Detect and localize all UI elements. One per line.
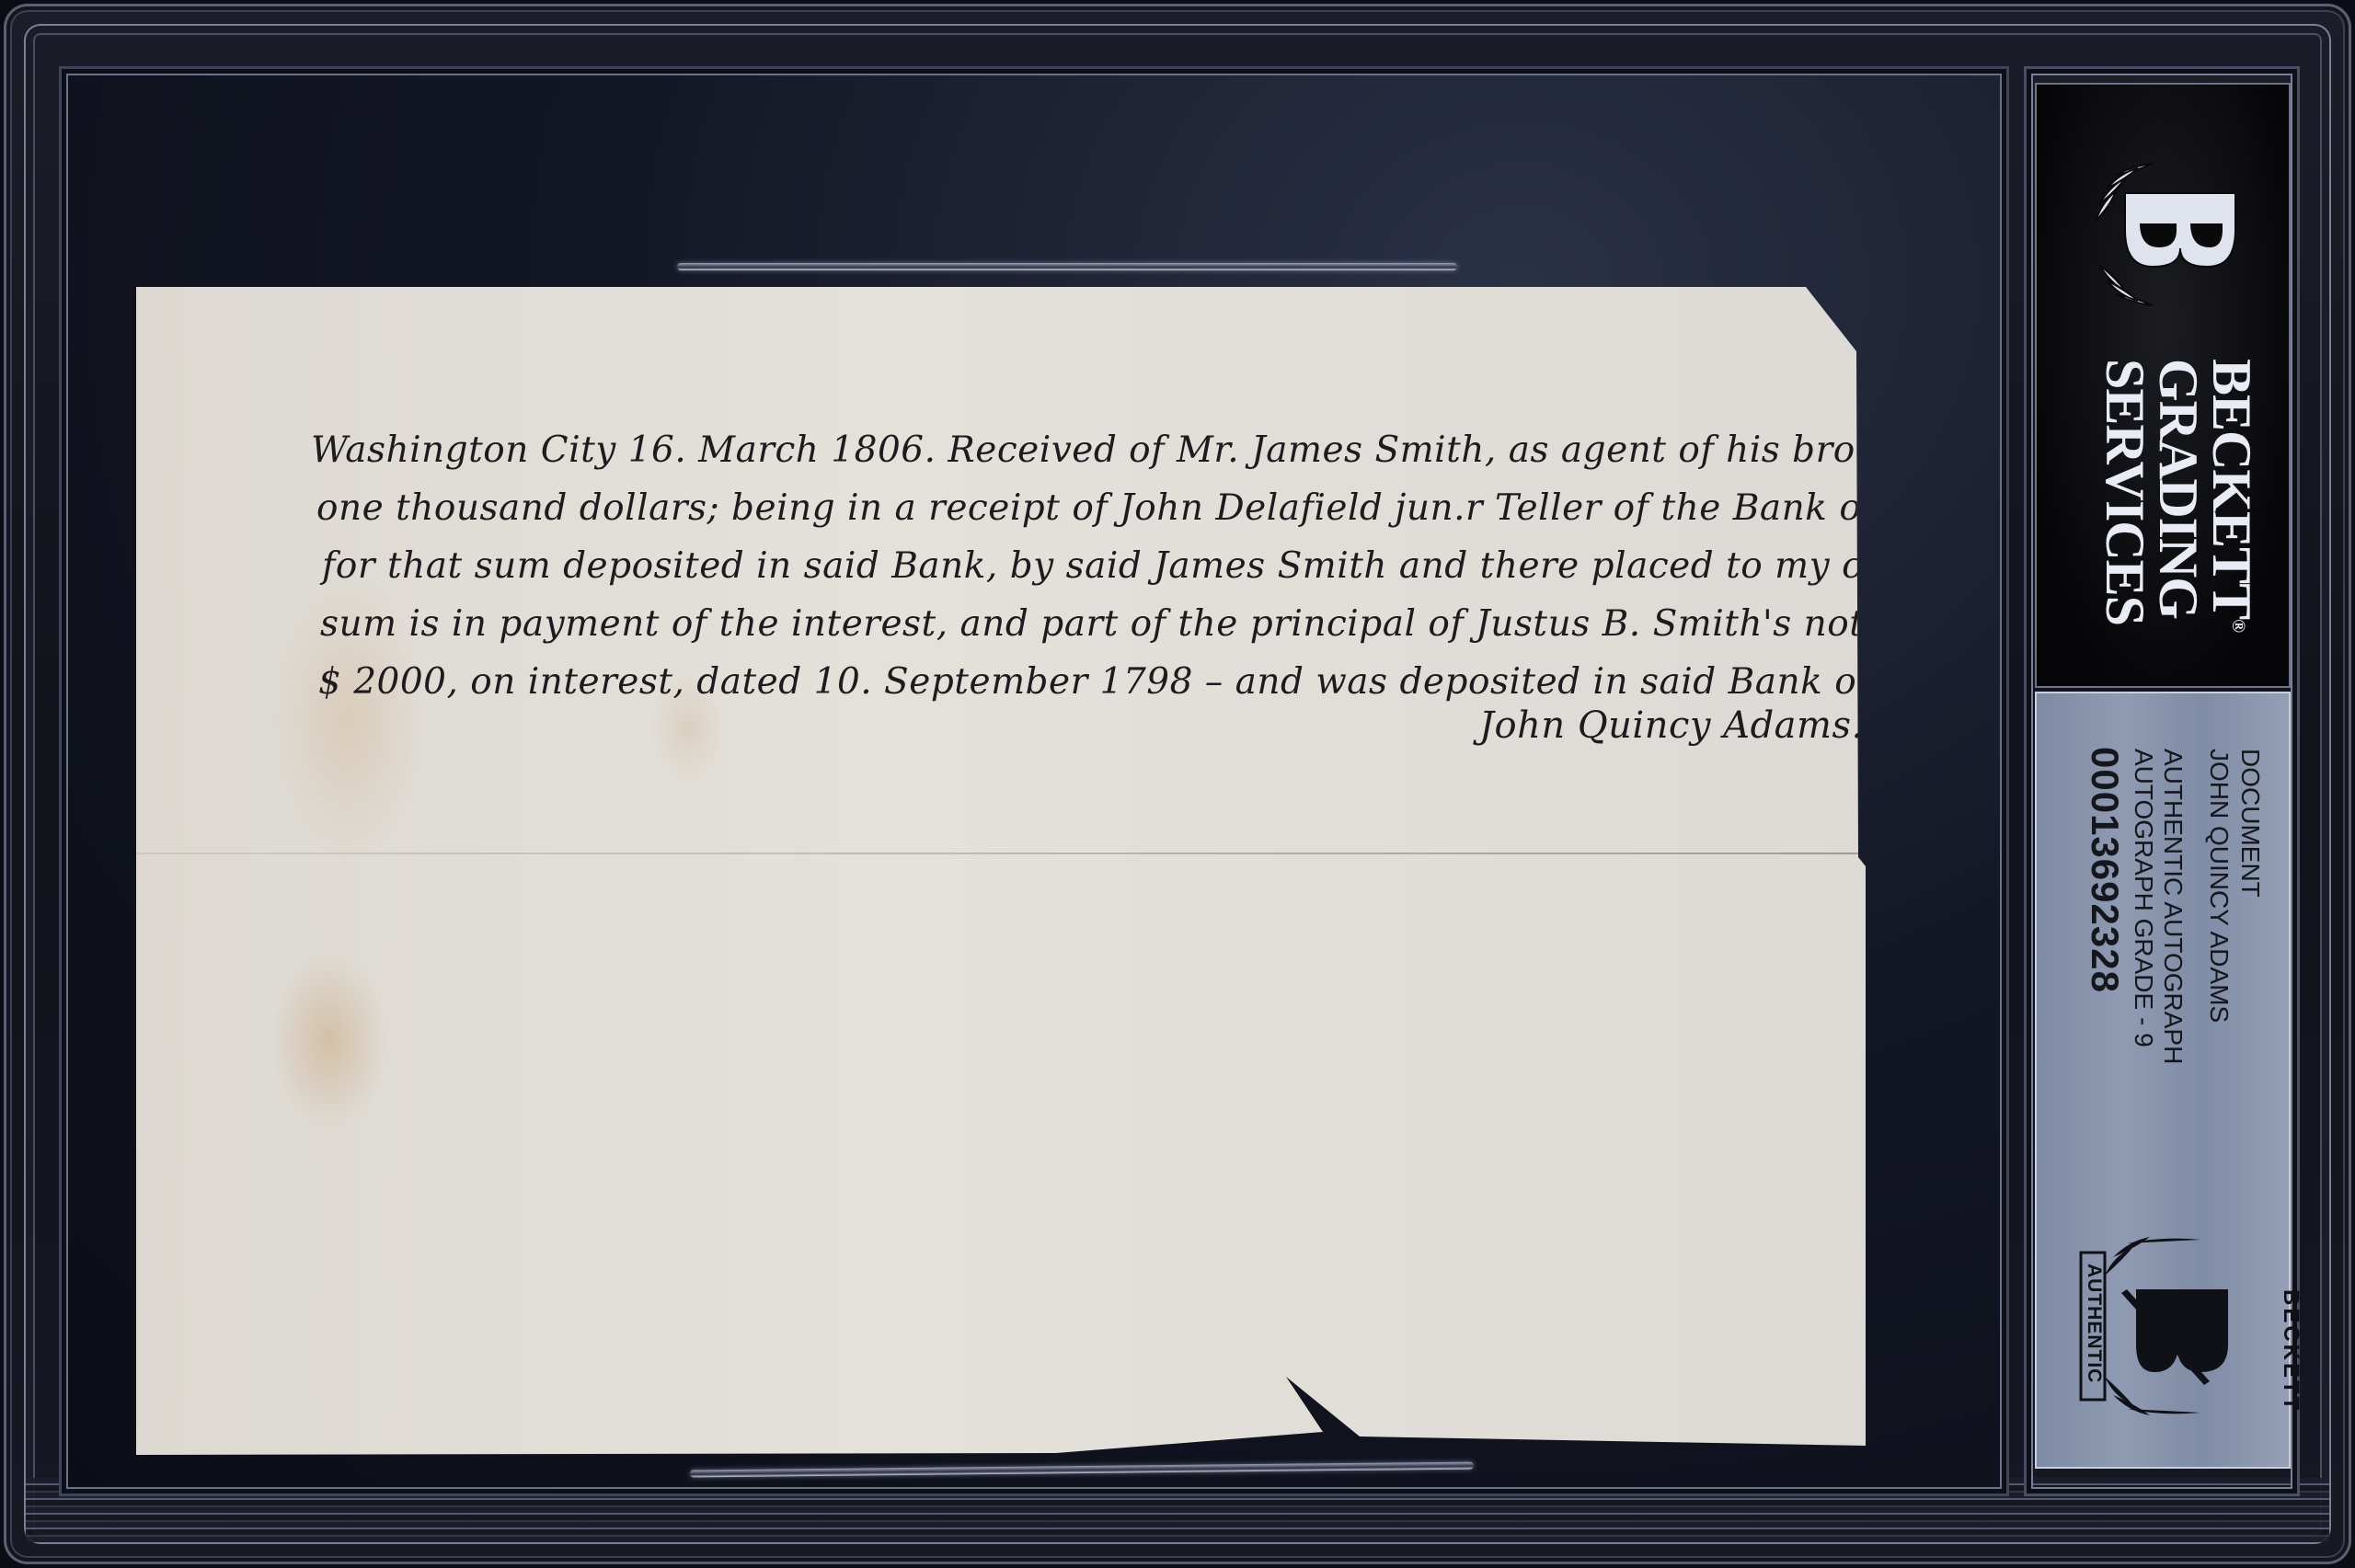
signature: John Quincy Adams. (311, 704, 2059, 762)
beckett-authentic-seal-icon: AUTHENTIC BECKETT (2072, 1225, 2265, 1427)
paper-fold-crease (136, 853, 1866, 854)
receipt-line: for that sum deposited in said Bank, by … (311, 545, 2059, 603)
seal-ring-text: BECKETT (2278, 1289, 2303, 1413)
receipt-line: one thousand dollars; being in a receipt… (311, 487, 2059, 545)
brand-wordmark: BECKETT® GRADING SERVICES (2098, 359, 2265, 632)
receipt-line: Washington City 16. March 1806. Received… (311, 429, 2059, 487)
document-well: Washington City 16. March 1806. Received… (59, 66, 2009, 1496)
label-brand-panel: BECKETT® GRADING SERVICES (2035, 83, 2291, 688)
handwritten-receipt: Washington City 16. March 1806. Received… (311, 429, 2059, 762)
top-retention-slot (677, 263, 1457, 270)
label-info-panel: DOCUMENT JOHN QUINCY ADAMS AUTHENTIC AUT… (2035, 692, 2291, 1469)
beckett-b-logo-icon (2070, 138, 2254, 322)
document-paper: Washington City 16. March 1806. Received… (136, 287, 2022, 1455)
label-subject: JOHN QUINCY ADAMS (2205, 749, 2234, 1023)
bottom-retention-slot (690, 1462, 1474, 1478)
label-item-type: DOCUMENT (2236, 749, 2265, 898)
cert-number: 00013692328 (2083, 747, 2127, 993)
label-grade-line: AUTOGRAPH GRADE - 9 (2130, 749, 2158, 1047)
label-grade-line: AUTHENTIC AUTOGRAPH (2159, 749, 2188, 1064)
seal-ribbon-text: AUTHENTIC (2083, 1264, 2105, 1383)
receipt-line: sum is in payment of the interest, and p… (311, 603, 2059, 661)
